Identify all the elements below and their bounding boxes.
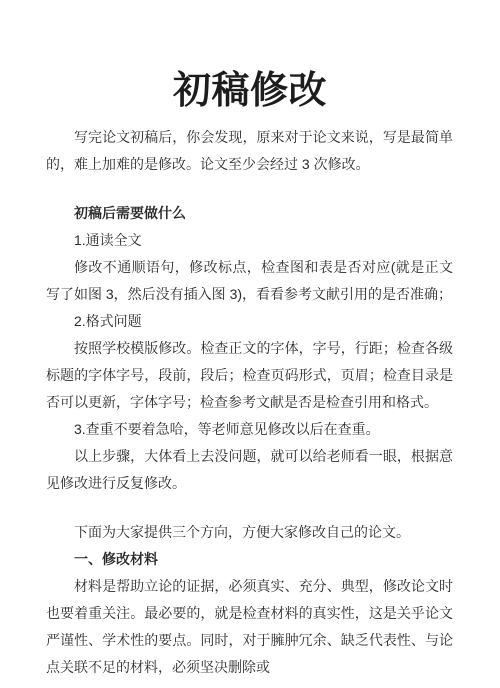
page-title: 初稿修改 — [46, 68, 454, 114]
paragraph: 2.格式问题 — [46, 308, 453, 335]
paragraph: 按照学校模版修改。检查正文的字体，字号，行距；检查各级标题的字体字号，段前，段后… — [46, 335, 453, 416]
document-body: 写完论文初稿后，你会发现，原来对于论文来说，写是最简单的，难上加难的是修改。论文… — [46, 124, 453, 681]
blank-line — [46, 178, 453, 200]
section-heading: 初稿后需要做什么 — [46, 200, 453, 227]
paragraph: 以上步骤，大体看上去没问题，就可以给老师看一眼，根据意见修改进行反复修改。 — [46, 443, 453, 497]
section-heading: 一、修改材料 — [46, 546, 453, 573]
paragraph: 材料是帮助立论的证据，必须真实、充分、典型，修改论文时也要着重关注。最必要的，就… — [46, 573, 453, 681]
blank-line — [46, 497, 453, 519]
paragraph: 1.通读全文 — [46, 227, 453, 254]
document-page: 初稿修改 写完论文初稿后，你会发现，原来对于论文来说，写是最简单的，难上加难的是… — [0, 0, 500, 688]
paragraph: 下面为大家提供三个方向，方便大家修改自己的论文。 — [46, 519, 453, 546]
paragraph: 3.查重不要着急哈，等老师意见修改以后在查重。 — [46, 416, 453, 443]
paragraph: 写完论文初稿后，你会发现，原来对于论文来说，写是最简单的，难上加难的是修改。论文… — [46, 124, 453, 178]
paragraph: 修改不通顺语句，修改标点，检查图和表是否对应(就是正文写了如图 3，然后没有插入… — [46, 254, 453, 308]
